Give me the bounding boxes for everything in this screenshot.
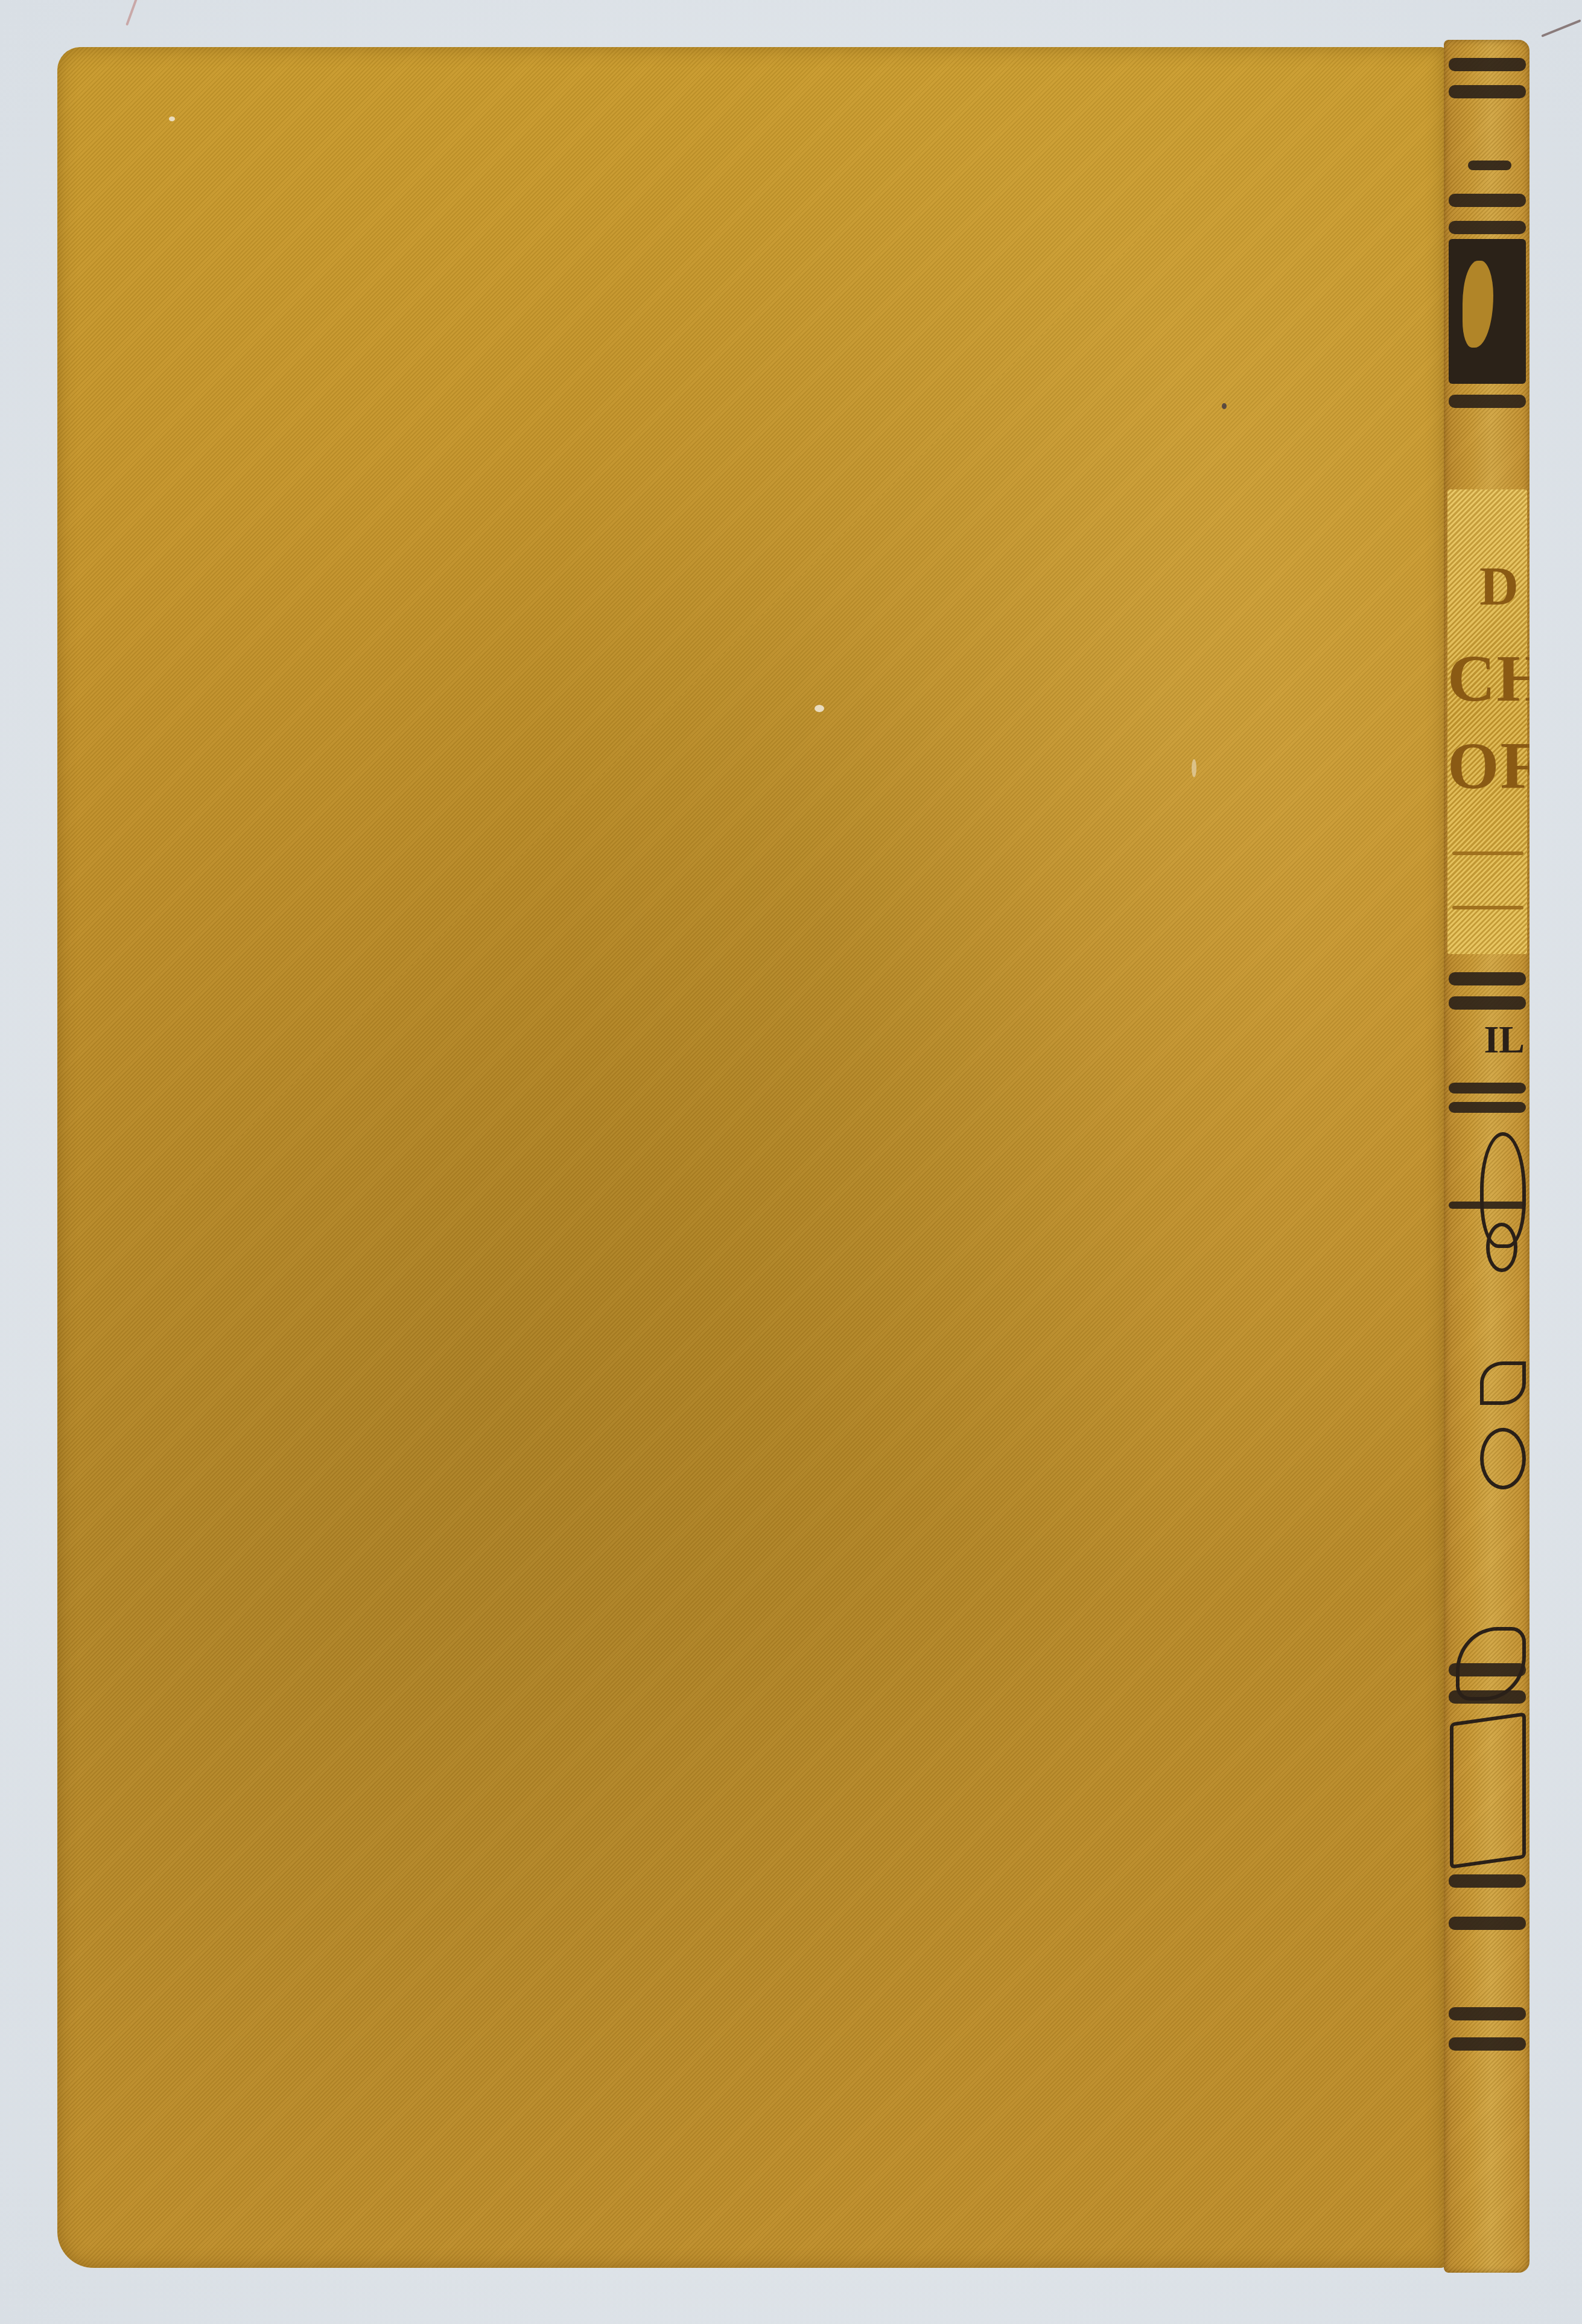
shell-illustration [1480,1428,1526,1489]
spine-band [1449,2037,1526,2051]
spine-band [1468,161,1511,170]
spine-band [1449,1663,1526,1676]
spine-title-line-1: D [1447,556,1527,618]
spine-band [1449,1083,1526,1094]
spine-band [1449,996,1526,1010]
gilt-rule [1452,852,1523,855]
spine-band [1449,2007,1526,2020]
spine-band [1449,395,1526,408]
gilt-title-panel: D CH OF [1447,489,1527,954]
spine-band [1449,1202,1526,1209]
spine-band [1449,1690,1526,1704]
spine-title-line-2: CH [1447,640,1527,717]
spine-band [1449,58,1526,71]
leaf-illustration [1480,1361,1526,1405]
gilt-rule [1452,906,1523,909]
cover-blemish [1192,759,1196,777]
spine-subtitle: IL [1444,1017,1530,1062]
spine-band [1449,1917,1526,1930]
spine-band [1449,194,1526,207]
floral-ornament [1449,239,1526,384]
spine-band [1449,1874,1526,1888]
cover-blemish [815,705,824,712]
spine-band [1449,972,1526,985]
knot-ornament [1450,1712,1526,1869]
book: D CH OF IL [57,47,1533,2274]
ring-illustration [1486,1223,1517,1272]
spine-band [1449,1102,1526,1113]
cover-blemish [169,116,175,121]
cover-blemish [1222,403,1227,409]
spine: D CH OF IL [1444,40,1530,2273]
back-cover [57,47,1445,2268]
spine-band [1449,85,1526,98]
spine-band [1449,221,1526,234]
spine-title-line-3: OF [1447,728,1527,804]
